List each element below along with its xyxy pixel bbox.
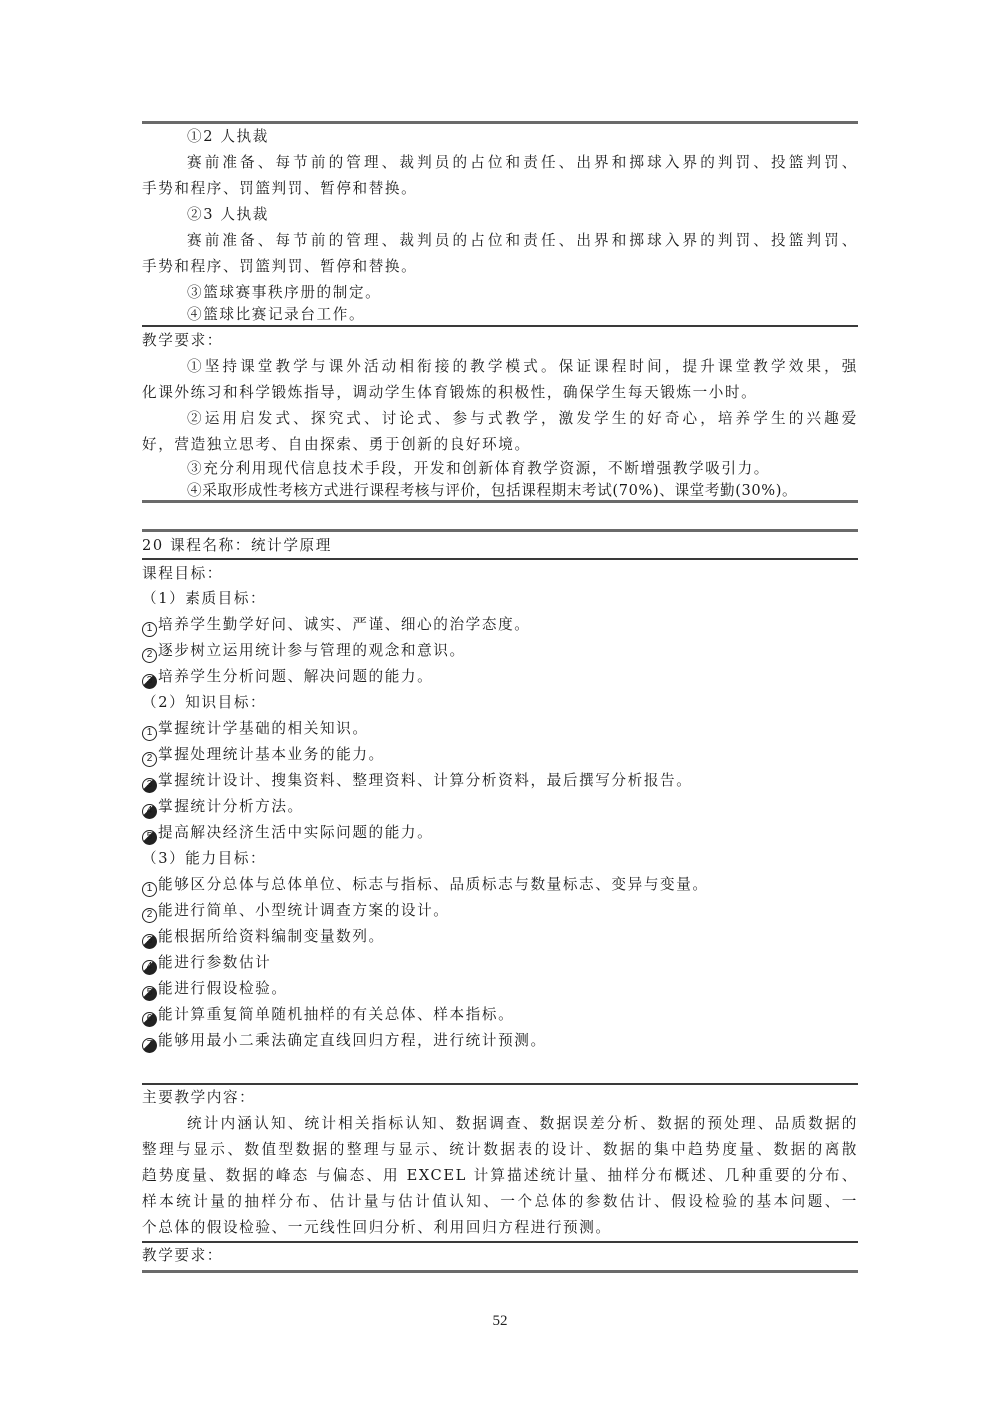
teaching-requirement-2-cont: 好，营造独立思考、自由探索、勇于创新的良好环境。 (142, 432, 858, 458)
knowledge-objectives-heading: （2）知识目标： (142, 690, 858, 716)
circled-number-icon: 3 (142, 674, 157, 689)
objective-item: 4能进行参数估计 (142, 950, 858, 976)
table-border-top (142, 529, 858, 532)
circled-number-icon: 4 (142, 960, 157, 975)
circled-number-icon: 5 (142, 830, 157, 845)
main-content-heading: 主要教学内容： (142, 1085, 858, 1111)
teaching-requirement-1: ①坚持课堂教学与课外活动相衔接的教学模式。保证课程时间，提升课堂教学效果，强 (142, 354, 858, 380)
row-divider (142, 558, 858, 560)
circled-number-icon: 1 (142, 726, 157, 741)
main-content-line: 个总体的假设检验、一元线性回归分析、利用回归方程进行预测。 (142, 1215, 858, 1241)
objective-item: 4掌握统计分析方法。 (142, 794, 858, 820)
objective-item: 1能够区分总体与总体单位、标志与指标、品质标志与数量标志、变异与变量。 (142, 872, 858, 898)
objective-item: 3能根据所给资料编制变量数列。 (142, 924, 858, 950)
objective-item: 5能进行假设检验。 (142, 976, 858, 1002)
main-content-line: 统计内涵认知、统计相关指标认知、数据调查、数据误差分析、数据的预处理、品质数据的 (142, 1111, 858, 1137)
teaching-requirement-1-cont: 化课外练习和科学锻炼指导，调动学生体育锻炼的积极性，确保学生每天锻炼一小时。 (142, 380, 858, 406)
objective-item: 3掌握统计设计、搜集资料、整理资料、计算分析资料，最后撰写分析报告。 (142, 768, 858, 794)
referee-two-person-title: ①2 人执裁 (142, 124, 858, 150)
page-number: 52 (0, 1313, 1000, 1330)
row-divider (142, 325, 858, 327)
circled-number-icon: 2 (142, 752, 157, 767)
circled-number-icon: 3 (142, 778, 157, 793)
objective-item: 2能进行简单、小型统计调查方案的设计。 (142, 898, 858, 924)
circled-number-icon: 1 (142, 622, 157, 637)
referee-two-person-text: 手势和程序、罚篮判罚、暂停和替换。 (142, 176, 858, 202)
main-content-line: 样本统计量的抽样分布、估计量与估计值认知、一个总体的参数估计、假设检验的基本问题… (142, 1189, 858, 1215)
objective-item: 3培养学生分析问题、解决问题的能力。 (142, 664, 858, 690)
circled-number-icon: 6 (142, 1012, 157, 1027)
course-title: 20 课程名称：统计学原理 (142, 533, 858, 559)
teaching-requirements-heading: 教学要求： (142, 328, 858, 354)
objective-item: 6能计算重复简单随机抽样的有关总体、样本指标。 (142, 1002, 858, 1028)
objective-item: 2掌握处理统计基本业务的能力。 (142, 742, 858, 768)
teaching-requirements-heading: 教学要求： (142, 1243, 858, 1269)
table-border-bottom (142, 500, 858, 503)
objective-item: 2逐步树立运用统计参与管理的观念和意识。 (142, 638, 858, 664)
referee-two-person-text: 赛前准备、每节前的管理、裁判员的占位和责任、出界和掷球入界的判罚、投篮判罚、 (142, 150, 858, 176)
main-content-line: 整理与显示、数值型数据的整理与显示、统计数据表的设计、数据的集中趋势度量、数据的… (142, 1137, 858, 1163)
circled-number-icon: 5 (142, 986, 157, 1001)
circled-number-icon: 2 (142, 648, 157, 663)
circled-number-icon: 4 (142, 804, 157, 819)
circled-number-icon: 7 (142, 1038, 157, 1053)
referee-three-person-text: 赛前准备、每节前的管理、裁判员的占位和责任、出界和掷球入界的判罚、投篮判罚、 (142, 228, 858, 254)
quality-objectives-heading: （1）素质目标： (142, 586, 858, 612)
main-content-line: 趋势度量、数据的峰态 与偏态、用 EXCEL 计算描述统计量、抽样分布概述、几种… (142, 1163, 858, 1189)
teaching-requirement-2: ②运用启发式、探究式、讨论式、参与式教学，激发学生的好奇心，培养学生的兴趣爱 (142, 406, 858, 432)
objective-item: 1培养学生勤学好问、诚实、严谨、细心的治学态度。 (142, 612, 858, 638)
objective-item: 7能够用最小二乘法确定直线回归方程，进行统计预测。 (142, 1028, 858, 1054)
referee-three-person-text: 手势和程序、罚篮判罚、暂停和替换。 (142, 254, 858, 280)
circled-number-icon: 1 (142, 882, 157, 897)
circled-number-icon: 3 (142, 934, 157, 949)
circled-number-icon: 2 (142, 908, 157, 923)
ability-objectives-heading: （3）能力目标： (142, 846, 858, 872)
objective-item: 5提高解决经济生活中实际问题的能力。 (142, 820, 858, 846)
objective-item: 1掌握统计学基础的相关知识。 (142, 716, 858, 742)
referee-three-person-title: ②3 人执裁 (142, 202, 858, 228)
course-objectives-heading: 课程目标： (142, 561, 858, 587)
table-border-bottom (142, 1270, 858, 1273)
